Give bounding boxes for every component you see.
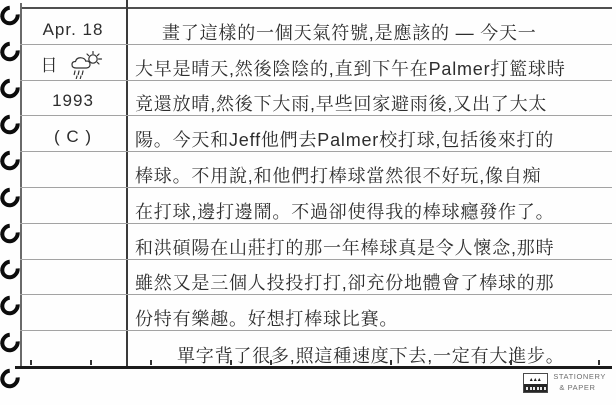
journal-line-text: 畫了這樣的一個天氣符號,是應該的 — 今天一: [126, 24, 612, 44]
ruler-tick: [150, 360, 152, 365]
journal-line-row: 1993 竟還放晴,然後下大雨,早些回家避雨後,又出了大太: [20, 81, 612, 117]
sun-behind-rain-cloud-icon: [66, 51, 106, 79]
journal-line-text: 棒球。不用說,和他們打棒球當然很不好玩,像自痴: [126, 167, 612, 187]
date-label: Apr. 18: [20, 20, 126, 44]
date-cell-empty: [20, 183, 126, 187]
ruler-tick: [270, 360, 272, 365]
journal-line-row: 雖然又是三個人投投打打,卻充份地體會了棒球的那: [20, 260, 612, 296]
weekday-cell: 日: [20, 51, 126, 80]
ruler-tick: [598, 360, 600, 365]
ruled-rows: Apr. 18 畫了這樣的一個天氣符號,是應該的 — 今天一 日: [20, 9, 612, 367]
logo-text: STATIONERY & PAPER: [553, 372, 606, 394]
journal-line-text: 陽。今天和Jeff他們去Palmer校打球,包括後來打的: [126, 131, 612, 151]
journal-line-row: ( C ) 陽。今天和Jeff他們去Palmer校打球,包括後來打的: [20, 116, 612, 152]
logo-mark-icon: ▴▴▴: [523, 373, 548, 393]
journal-line-text: 份特有樂趣。好想打棒球比賽。: [126, 310, 612, 330]
stationery-logo: ▴▴▴ STATIONERY & PAPER: [523, 372, 606, 394]
journal-line-row: 在打球,邊打邊鬧。不過卻使得我的棒球癮發作了。: [20, 188, 612, 224]
journal-line-text: 在打球,邊打邊鬧。不過卻使得我的棒球癮發作了。: [126, 203, 612, 223]
journal-line-row: Apr. 18 畫了這樣的一個天氣符號,是應該的 — 今天一: [20, 9, 612, 45]
date-text: Apr. 18: [43, 20, 104, 40]
year-label: 1993: [20, 91, 126, 115]
date-cell-empty: [20, 255, 126, 259]
diary-page: Apr. 18 畫了這樣的一個天氣符號,是應該的 — 今天一 日: [0, 0, 616, 405]
journal-line-row: 單字背了很多,照這種速度下去,一定有大進步。: [20, 331, 612, 367]
journal-line-row: 和洪碩陽在山莊打的那一年棒球真是令人懷念,那時: [20, 224, 612, 260]
journal-line-text: 單字背了很多,照這種速度下去,一定有大進步。: [126, 347, 612, 367]
journal-line-text: 和洪碩陽在山莊打的那一年棒球真是令人懷念,那時: [126, 239, 612, 259]
grade-mark: ( C ): [20, 127, 126, 151]
bottom-border-line: [15, 366, 612, 369]
ruler-tick: [230, 360, 232, 365]
journal-line-row: 日: [20, 45, 612, 81]
journal-line-row: 棒球。不用說,和他們打棒球當然很不好玩,像自痴: [20, 152, 612, 188]
ruler-tick: [390, 360, 392, 365]
journal-line-row: 份特有樂趣。好想打棒球比賽。: [20, 295, 612, 331]
logo-text-line2: & PAPER: [553, 383, 606, 394]
journal-line-text: 雖然又是三個人投投打打,卻充份地體會了棒球的那: [126, 274, 612, 294]
journal-line-text: 大早是晴天,然後陰陰的,直到下午在Palmer打籃球時: [126, 60, 612, 80]
ruler-tick: [30, 360, 32, 365]
date-cell-empty: [20, 326, 126, 330]
date-cell-empty: [20, 219, 126, 223]
journal-line-text: 竟還放晴,然後下大雨,早些回家避雨後,又出了大太: [126, 95, 612, 115]
weekday-label: 日: [41, 51, 59, 76]
ruler-tick: [90, 360, 92, 365]
date-cell-empty: [20, 290, 126, 294]
logo-text-line1: STATIONERY: [553, 372, 606, 383]
ruler-tick: [510, 360, 512, 365]
